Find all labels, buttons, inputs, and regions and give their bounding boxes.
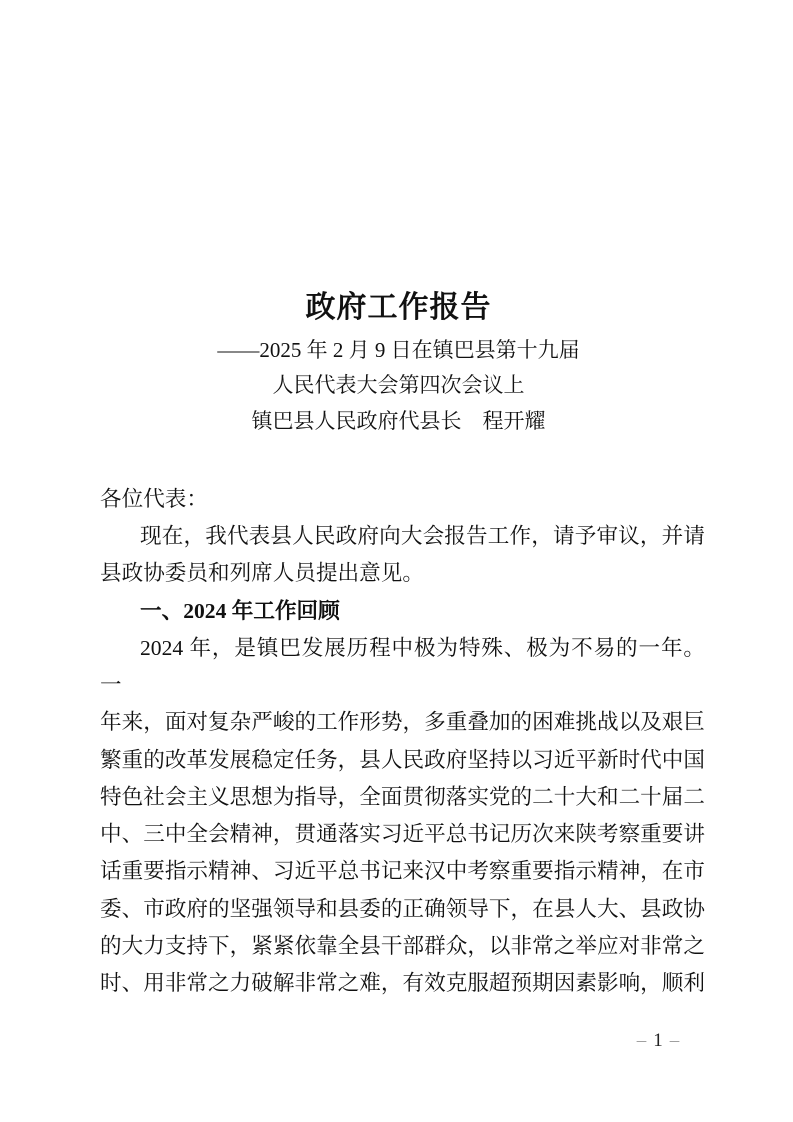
document-content: 政府工作报告 ——2025 年 2 月 9 日在镇巴县第十九届 人民代表大会第四… xyxy=(100,0,705,1002)
document-page: 政府工作报告 ——2025 年 2 月 9 日在镇巴县第十九届 人民代表大会第四… xyxy=(0,0,793,1122)
body-text-line: 委、市政府的坚强领导和县委的正确领导下，在县人大、县政协 xyxy=(100,891,705,928)
body-text-line: 年来，面对复杂严峻的工作形势，多重叠加的困难挑战以及艰巨 xyxy=(100,704,705,741)
body-text-line: 2024 年，是镇巴发展历程中极为特殊、极为不易的一年。一 xyxy=(100,630,705,705)
body-text-line: 县政协委员和列席人员提出意见。 xyxy=(100,555,705,592)
page-number-dash: – xyxy=(637,1031,647,1051)
document-body: 各位代表： 现在，我代表县人民政府向大会报告工作，请予审议，并请 县政协委员和列… xyxy=(100,481,705,1003)
subtitle-line-speaker: 镇巴县人民政府代县长 程开耀 xyxy=(100,404,697,439)
body-text-line: 中、三中全会精神，贯通落实习近平总书记历次来陕考察重要讲 xyxy=(100,816,705,853)
section-heading-2024-work-review: 一、2024 年工作回顾 xyxy=(100,593,705,630)
subtitle-line-meeting-session: 人民代表大会第四次会议上 xyxy=(100,368,697,403)
subtitle-line-meeting-date: ——2025 年 2 月 9 日在镇巴县第十九届 xyxy=(100,333,697,368)
document-title: 政府工作报告 xyxy=(100,289,705,327)
body-text-line: 的大力支持下，紧紧依靠全县干部群众，以非常之举应对非常之 xyxy=(100,928,705,965)
body-text-line: 特色社会主义思想为指导，全面贯彻落实党的二十大和二十届二 xyxy=(100,779,705,816)
salutation-line: 各位代表： xyxy=(100,481,705,518)
page-number-dash: – xyxy=(670,1031,680,1051)
page-number-value: 1 xyxy=(653,1031,663,1051)
page-number: – 1 – xyxy=(629,1031,687,1051)
document-subtitle: ——2025 年 2 月 9 日在镇巴县第十九届 人民代表大会第四次会议上 镇巴… xyxy=(100,333,705,439)
body-text-line: 繁重的改革发展稳定任务，县人民政府坚持以习近平新时代中国 xyxy=(100,742,705,779)
body-text-line: 时、用非常之力破解非常之难，有效克服超预期因素影响，顺利 xyxy=(100,965,705,1002)
body-text-line: 现在，我代表县人民政府向大会报告工作，请予审议，并请 xyxy=(100,518,705,555)
body-text-line: 话重要指示精神、习近平总书记来汉中考察重要指示精神，在市 xyxy=(100,853,705,890)
